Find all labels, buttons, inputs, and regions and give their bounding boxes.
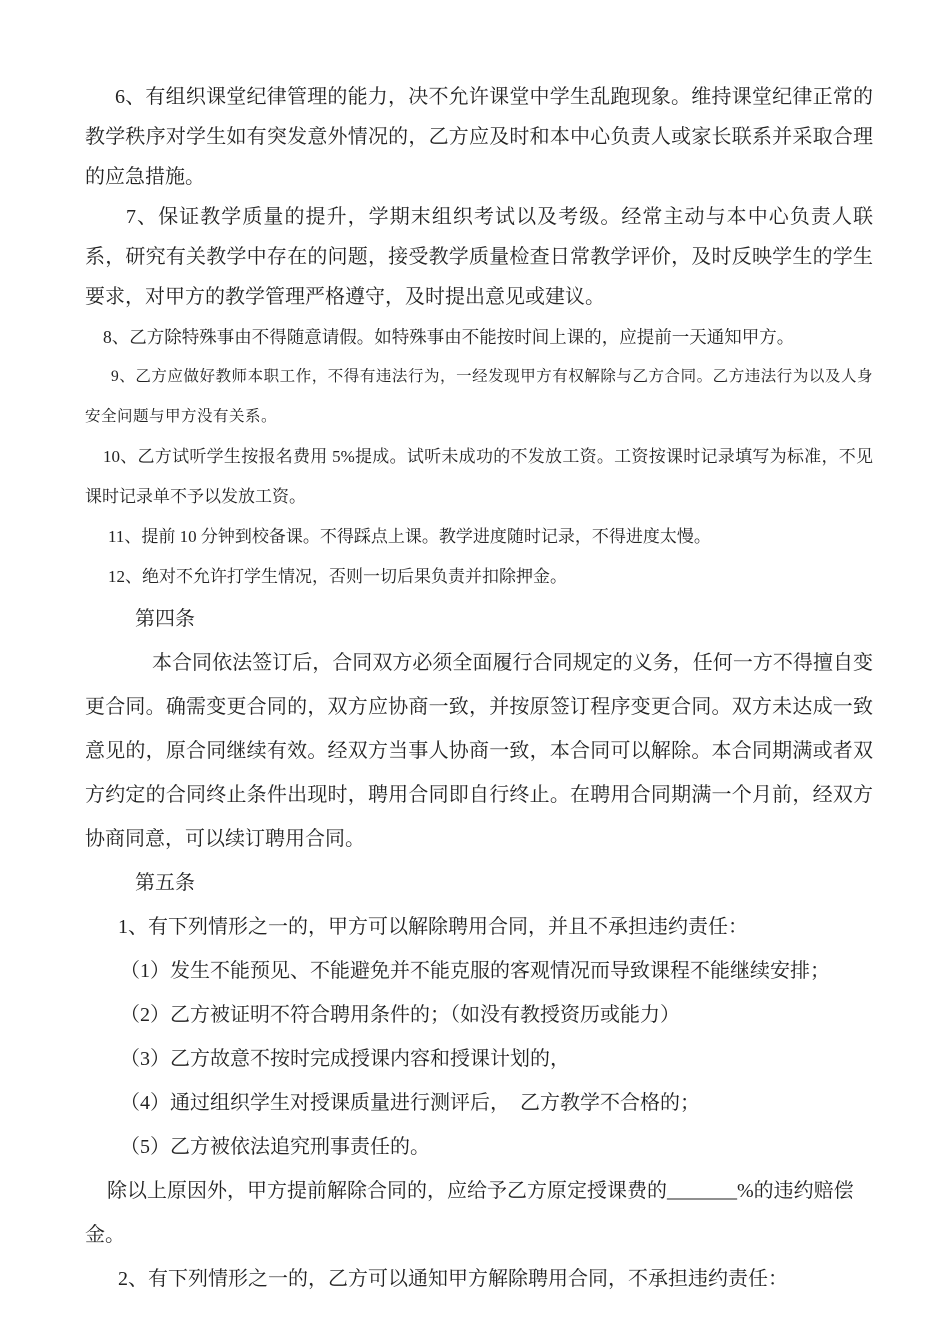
article-5-item-1: 1、有下列情形之一的，甲方可以解除聘用合同，并且不承担违约责任： <box>85 905 873 949</box>
article-5-sub-4: （4）通过组织学生对授课质量进行测评后， 乙方教学不合格的； <box>85 1081 873 1125</box>
clause-9: 9、乙方应做好教师本职工作，不得有违法行为，一经发现甲方有权解除与乙方合同。乙方… <box>85 357 873 437</box>
clause-8: 8、乙方除特殊事由不得随意请假。如特殊事由不能按时间上课的，应提前一天通知甲方。 <box>85 317 873 357</box>
article-5-item-2: 2、有下列情形之一的，乙方可以通知甲方解除聘用合同，不承担违约责任： <box>85 1257 873 1301</box>
article-5-sub-2: （2）乙方被证明不符合聘用条件的；（如没有教授资历或能力） <box>85 993 873 1037</box>
document-page: 6、有组织课堂纪律管理的能力，决不允许课堂中学生乱跑现象。维持课堂纪律正常的教学… <box>0 0 950 1344</box>
article-4-heading: 第四条 <box>85 597 873 641</box>
article-5-sub-5: （5）乙方被依法追究刑事责任的。 <box>85 1125 873 1169</box>
document-body: 6、有组织课堂纪律管理的能力，决不允许课堂中学生乱跑现象。维持课堂纪律正常的教学… <box>0 0 950 1301</box>
clause-6: 6、有组织课堂纪律管理的能力，决不允许课堂中学生乱跑现象。维持课堂纪律正常的教学… <box>85 77 873 197</box>
clause-11: 11、提前 10 分钟到校备课。不得踩点上课。教学进度随时记录，不得进度太慢。 <box>85 517 873 557</box>
article-5-sub-3: （3）乙方故意不按时完成授课内容和授课计划的， <box>85 1037 873 1081</box>
article-5-heading: 第五条 <box>85 861 873 905</box>
clause-10: 10、乙方试听学生按报名费用 5%提成。试听未成功的不发放工资。工资按课时记录填… <box>85 437 873 517</box>
article-5-sub-1: （1）发生不能预见、不能避免并不能克服的客观情况而导致课程不能继续安排； <box>85 949 873 993</box>
article-5-penalty: 除以上原因外，甲方提前解除合同的，应给予乙方原定授课费的_______%的违约赔… <box>85 1169 873 1257</box>
clause-12: 12、绝对不允许打学生情况，否则一切后果负责并扣除押金。 <box>85 557 873 597</box>
clause-7: 7、保证教学质量的提升，学期末组织考试以及考级。经常主动与本中心负责人联系，研究… <box>85 197 873 317</box>
article-4-body: 本合同依法签订后，合同双方必须全面履行合同规定的义务，任何一方不得擅自变更合同。… <box>85 641 873 861</box>
